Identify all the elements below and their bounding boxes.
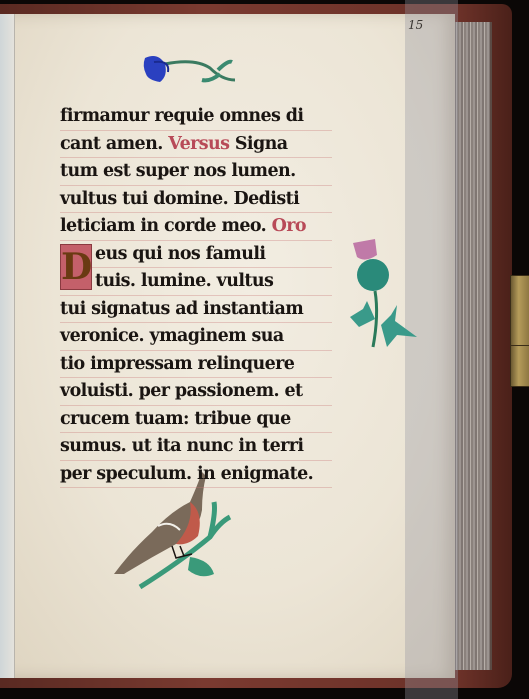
text-line: leticiam in corde meo. Oro	[60, 213, 332, 241]
text-line: Deus qui nos famuli	[60, 241, 332, 269]
rubric-oratio: Oro	[272, 216, 306, 236]
page-fore-edge	[452, 22, 492, 670]
text-line: firmamur requie omnes di	[60, 103, 332, 131]
rubric-versus: Versus	[168, 134, 229, 154]
text-line: vultus tui domine. Dedisti	[60, 186, 332, 214]
illuminated-initial: D	[60, 244, 92, 290]
text-line: tui signatus ad instantiam	[60, 296, 332, 324]
blue-flower-icon	[140, 50, 240, 95]
clasp-upper	[510, 275, 529, 347]
text-line: crucem tuam: tribue que	[60, 406, 332, 434]
text-column: firmamur requie omnes di cant amen. Vers…	[60, 103, 332, 488]
folio-number: 15	[408, 18, 423, 32]
text-line: tio impressam relinquere	[60, 351, 332, 379]
text-line: tuis. lumine. vultus	[60, 268, 332, 296]
previous-page-edge	[0, 14, 15, 678]
thistle-icon	[345, 235, 425, 355]
text-line: per speculum. in enigmate.	[60, 461, 332, 489]
text-line: sumus. ut ita nunc in terri	[60, 433, 332, 461]
text-line: voluisti. per passionem. et	[60, 378, 332, 406]
clasp-lower	[510, 345, 529, 387]
text-line: tum est super nos lumen.	[60, 158, 332, 186]
text-line: cant amen. Versus Signa	[60, 131, 332, 159]
text-line: veronice. ymaginem sua	[60, 323, 332, 351]
